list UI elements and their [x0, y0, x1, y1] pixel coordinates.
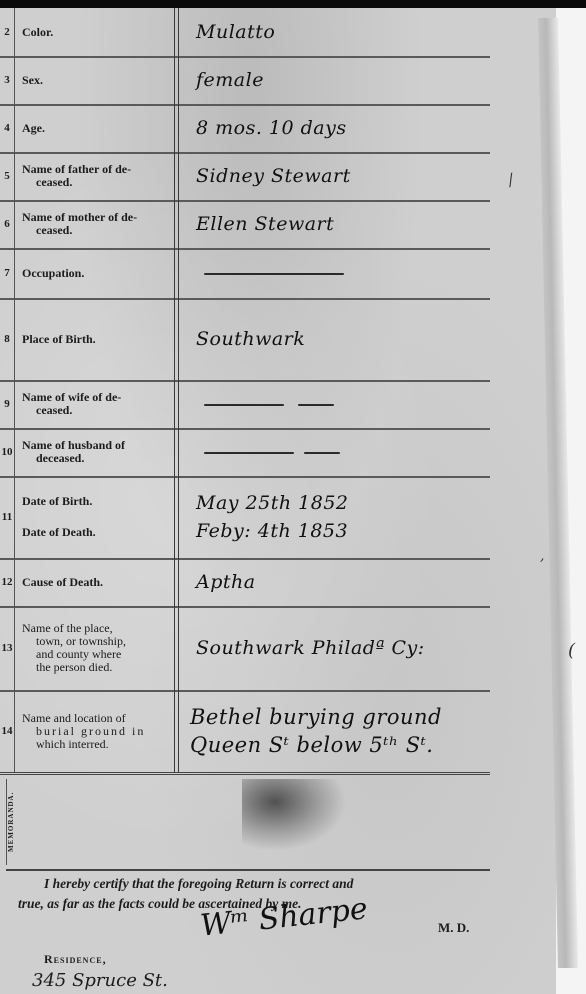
column-separator: [174, 200, 179, 248]
field-label: Name of mother of de- ceased.: [16, 200, 174, 248]
row-age: 4 Age. 8 mos. 10 days: [0, 104, 490, 154]
date-of-death-value: Feby: 4th 1853: [196, 520, 490, 542]
residence-label: Residence,: [44, 952, 107, 967]
row-place-of-birth: 8 Place of Birth. Southwark: [0, 298, 490, 382]
margin-mark: (: [568, 640, 575, 661]
row-sex: 3 Sex. female: [0, 56, 490, 106]
row-number: 12: [0, 558, 15, 606]
memoranda-section: MEMORANDA.: [6, 772, 490, 871]
column-separator: [174, 476, 179, 558]
row-number: 4: [0, 104, 15, 152]
column-separator: [174, 298, 179, 380]
field-value-place-of-birth: Southwark: [196, 298, 490, 380]
field-value-color: Mulatto: [196, 8, 490, 56]
column-separator: [174, 248, 179, 298]
row-place-of-death: 13 Name of the place, town, or township,…: [0, 606, 490, 692]
column-separator: [174, 56, 179, 104]
row-color: 2 Color. Mulatto: [0, 8, 490, 58]
row-cause-of-death: 12 Cause of Death. Aptha: [0, 558, 490, 608]
field-label: Cause of Death.: [16, 558, 174, 606]
row-husband: 10 Name of husband of deceased.: [0, 428, 490, 478]
field-label: Name of husband of deceased.: [16, 428, 174, 476]
field-label: Name of wife of de- ceased.: [16, 380, 174, 428]
field-value-cause-of-death: Aptha: [196, 558, 490, 606]
column-separator: [174, 558, 179, 606]
column-separator: [174, 690, 179, 772]
row-number: 5: [0, 152, 15, 200]
column-separator: [174, 104, 179, 152]
row-number: 7: [0, 248, 15, 298]
field-value-sex: female: [196, 56, 490, 104]
field-label: Name of the place, town, or township, an…: [16, 606, 174, 690]
field-value-dates: May 25th 1852 Feby: 4th 1853: [196, 476, 490, 558]
row-wife: 9 Name of wife of de- ceased.: [0, 380, 490, 430]
margin-mark: ,: [540, 548, 544, 564]
column-separator: [174, 428, 179, 476]
row-father: 5 Name of father of de- ceased. Sidney S…: [0, 152, 490, 202]
row-number: 8: [0, 298, 15, 380]
field-label: Name and location of burial ground in wh…: [16, 690, 174, 772]
field-value-husband: [196, 428, 490, 476]
row-number: 9: [0, 380, 15, 428]
field-value-occupation: [196, 248, 490, 298]
column-separator: [174, 152, 179, 200]
blank-dash: [196, 393, 490, 415]
ink-stain: [242, 779, 352, 855]
row-number: 13: [0, 606, 15, 690]
row-number: 6: [0, 200, 15, 248]
field-value-father: Sidney Stewart: [196, 152, 490, 200]
memoranda-label: MEMORANDA.: [6, 779, 21, 865]
row-dates: 11 Date of Birth. Date of Death. May 25t…: [0, 476, 490, 560]
blank-dash: [196, 441, 490, 463]
date-of-birth-value: May 25th 1852: [196, 492, 490, 514]
field-value-burial-ground: Bethel burying ground Queen Sᵗ below 5ᵗʰ…: [190, 690, 550, 772]
row-number: 14: [0, 690, 15, 772]
field-label: Name of father of de- ceased.: [16, 152, 174, 200]
md-suffix: M. D.: [438, 920, 469, 936]
field-value-wife: [196, 380, 490, 428]
field-label: Place of Birth.: [16, 298, 174, 380]
field-label: Age.: [16, 104, 174, 152]
residence-value: 345 Spruce St.: [32, 970, 168, 991]
field-label: Color.: [16, 8, 174, 56]
field-value-place-of-death: Southwark Philadª Cy:: [196, 606, 490, 690]
field-value-mother: Ellen Stewart: [196, 200, 490, 248]
row-number: 3: [0, 56, 15, 104]
column-separator: [174, 606, 179, 690]
field-label: Date of Birth. Date of Death.: [16, 476, 174, 558]
row-number: 10: [0, 428, 15, 476]
top-border: [0, 0, 586, 8]
row-burial-ground: 14 Name and location of burial ground in…: [0, 690, 490, 775]
row-number: 2: [0, 8, 15, 56]
field-value-age: 8 mos. 10 days: [196, 104, 490, 152]
column-separator: [174, 8, 179, 56]
row-occupation: 7 Occupation.: [0, 248, 490, 300]
row-mother: 6 Name of mother of de- ceased. Ellen St…: [0, 200, 490, 250]
row-number: 11: [0, 476, 15, 558]
field-label: Sex.: [16, 56, 174, 104]
field-label: Occupation.: [16, 248, 174, 298]
column-separator: [174, 380, 179, 428]
blank-dash: [196, 262, 490, 284]
